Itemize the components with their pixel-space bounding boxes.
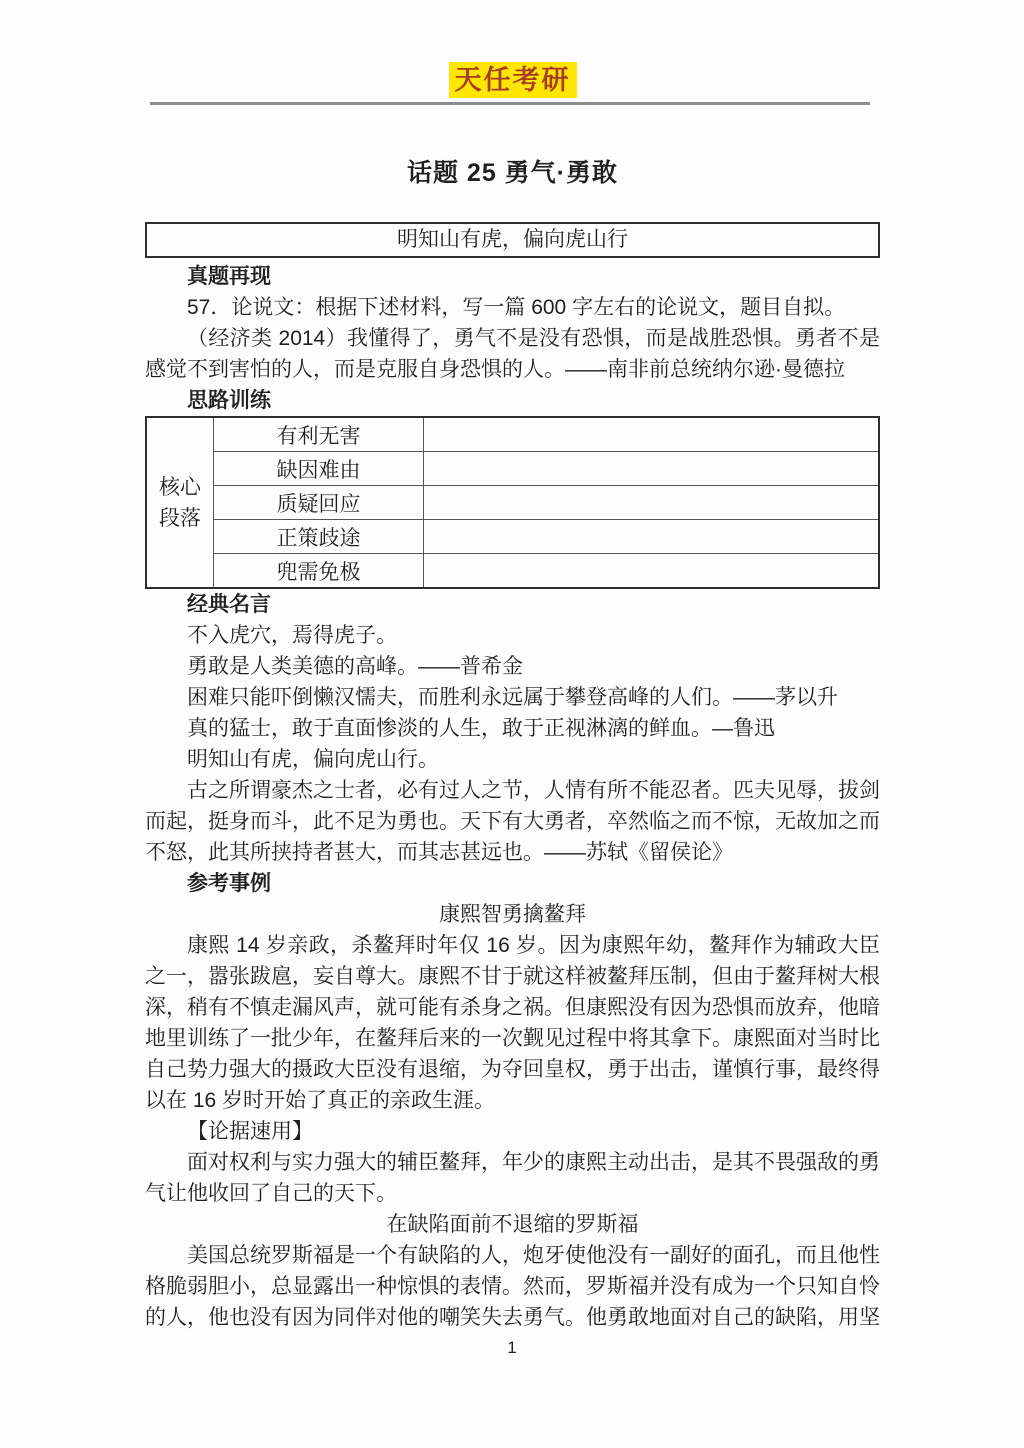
section-heading-shili: 参考事例 bbox=[145, 868, 880, 899]
proverb-box: 明知山有虎，偏向虎山行 bbox=[145, 222, 880, 258]
answer-cell bbox=[424, 486, 880, 520]
quote-line: 勇敢是人类美德的高峰。——普希金 bbox=[145, 651, 880, 682]
page-number: 1 bbox=[0, 1338, 1024, 1358]
topic-cell: 有利无害 bbox=[214, 417, 424, 452]
table-row: 缺因难由 bbox=[146, 452, 879, 486]
topic-cell: 兜需免极 bbox=[214, 554, 424, 589]
topic-cell: 正策歧途 bbox=[214, 520, 424, 554]
answer-cell bbox=[424, 554, 880, 589]
quote-line: 明知山有虎，偏向虎山行。 bbox=[145, 744, 880, 775]
example-title-roosevelt: 在缺陷面前不退缩的罗斯福 bbox=[145, 1209, 880, 1240]
example-body-kangxi: 康熙 14 岁亲政，杀鳌拜时年仅 16 岁。因为康熙年幼，鳌拜作为辅政大臣之一，… bbox=[145, 930, 880, 1116]
topic-cell: 质疑回应 bbox=[214, 486, 424, 520]
exam-material: （经济类 2014）我懂得了，勇气不是没有恐惧，而是战胜恐惧。勇者不是感觉不到害… bbox=[145, 323, 880, 385]
lunju-label: 【论据速用】 bbox=[145, 1116, 880, 1147]
exam-question: 57．论说文：根据下述材料，写一篇 600 字左右的论说文，题目自拟。 bbox=[145, 292, 880, 323]
lunju-body: 面对权利与实力强大的辅臣鳌拜，年少的康熙主动出击，是其不畏强敌的勇气让他收回了自… bbox=[145, 1147, 880, 1209]
answer-cell bbox=[424, 520, 880, 554]
page-title: 话题 25 勇气·勇敢 bbox=[145, 157, 880, 189]
quote-line: 不入虎穴，焉得虎子。 bbox=[145, 620, 880, 651]
row-header-text: 核心段落 bbox=[157, 472, 203, 534]
table-row: 质疑回应 bbox=[146, 486, 879, 520]
outline-table: 核心段落 有利无害 缺因难由 质疑回应 正策歧途 兜需免极 bbox=[145, 416, 880, 589]
header: 天任考研 bbox=[145, 62, 880, 98]
header-divider bbox=[150, 102, 870, 105]
section-heading-zhenti: 真题再现 bbox=[145, 261, 880, 292]
quote-line: 真的猛士，敢于直面惨淡的人生，敢于正视淋漓的鲜血。—鲁迅 bbox=[145, 713, 880, 744]
answer-cell bbox=[424, 452, 880, 486]
proverb-text: 明知山有虎，偏向虎山行 bbox=[397, 228, 628, 251]
table-row: 核心段落 有利无害 bbox=[146, 417, 879, 452]
document-page: 天任考研 话题 25 勇气·勇敢 明知山有虎，偏向虎山行 真题再现 57．论说文… bbox=[0, 0, 1024, 1448]
brand-logo-text: 天任考研 bbox=[449, 62, 577, 98]
row-header-cell: 核心段落 bbox=[146, 417, 214, 588]
example-body-roosevelt: 美国总统罗斯福是一个有缺陷的人，炮牙使他没有一副好的面孔，而且他性格脆弱胆小，总… bbox=[145, 1240, 880, 1333]
section-heading-mingyan: 经典名言 bbox=[145, 589, 880, 620]
example-title-kangxi: 康熙智勇擒鳌拜 bbox=[145, 899, 880, 930]
topic-cell: 缺因难由 bbox=[214, 452, 424, 486]
table-row: 正策歧途 bbox=[146, 520, 879, 554]
table-row: 兜需免极 bbox=[146, 554, 879, 589]
quote-line: 困难只能吓倒懒汉懦夫，而胜利永远属于攀登高峰的人们。——茅以升 bbox=[145, 682, 880, 713]
su-shi-quote: 古之所谓豪杰之士者，必有过人之节，人情有所不能忍者。匹夫见辱，拔剑而起，挺身而斗… bbox=[145, 775, 880, 868]
answer-cell bbox=[424, 417, 880, 452]
section-heading-silu: 思路训练 bbox=[145, 385, 880, 416]
